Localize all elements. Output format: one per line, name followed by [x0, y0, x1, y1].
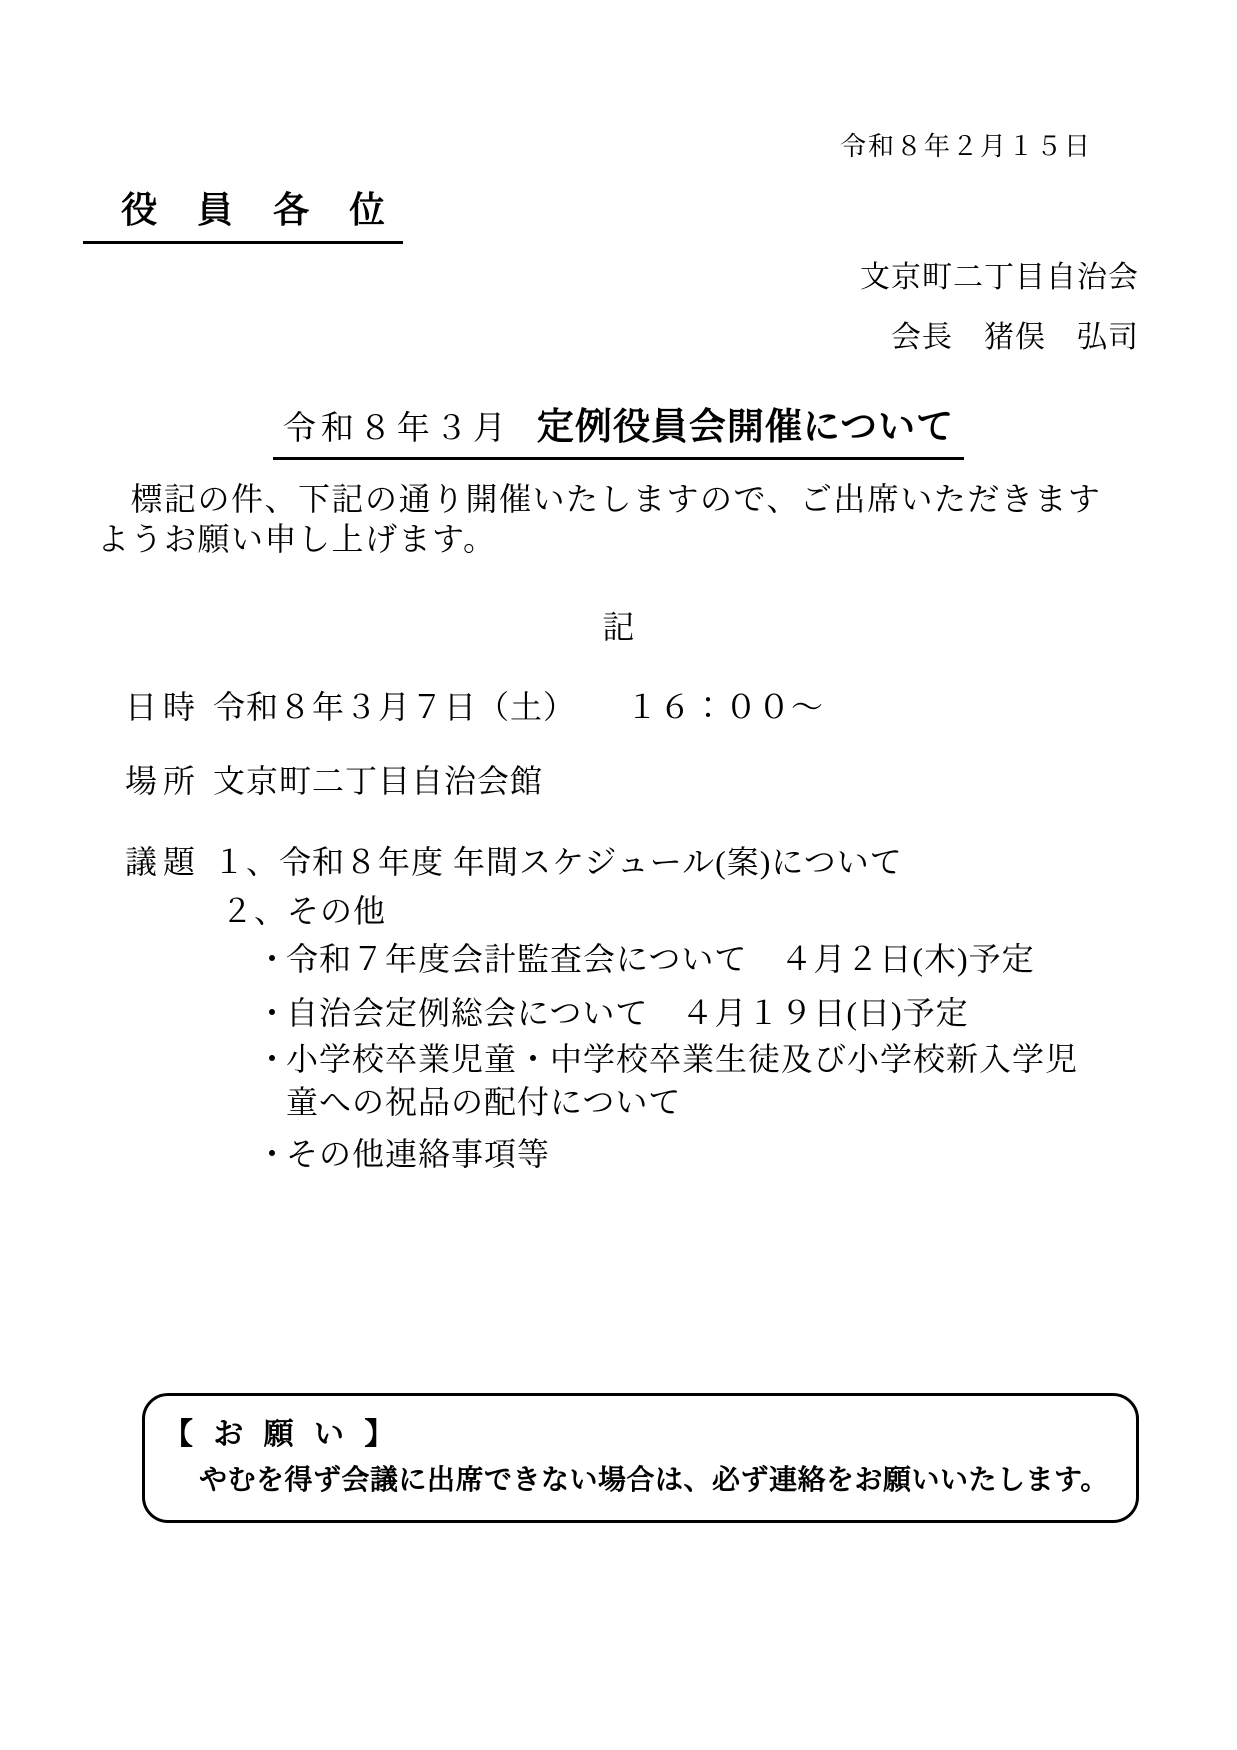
- detail-label: 場所: [125, 756, 201, 802]
- agenda-sub-bullet: ・ 自治会定例総会について ４月１９日(日)予定: [256, 992, 969, 1035]
- sender-person: 会長 猪俣 弘司: [860, 308, 1139, 368]
- record-marker: 記: [0, 602, 1237, 648]
- sender-organization: 文京町二丁目自治会: [860, 248, 1139, 308]
- bullet-text: その他連絡事項等: [286, 1133, 550, 1176]
- bullet-icon: ・: [256, 1133, 286, 1176]
- detail-label: 日時: [125, 682, 201, 728]
- agenda-item-2: ２、その他: [221, 886, 386, 932]
- document-title-underline: 令和８年３月 定例役員会開催について: [273, 396, 964, 460]
- bullet-text: 令和７年度会計監査会について ４月２日(木)予定: [286, 938, 1035, 981]
- detail-value: １、令和８年度 年間スケジュール(案)について: [213, 837, 903, 883]
- sender-block: 文京町二丁目自治会 会長 猪俣 弘司: [860, 248, 1139, 368]
- agenda-sub-bullet: ・ その他連絡事項等: [256, 1133, 550, 1176]
- bullet-icon: ・: [256, 938, 286, 981]
- detail-value: 令和８年３月７日（土） １６：００～: [213, 682, 824, 728]
- body-paragraph-line-2: ようお願い申し上げます。: [97, 514, 496, 560]
- detail-row-place: 場所 文京町二丁目自治会館: [125, 756, 543, 802]
- detail-row-agenda: 議題 １、令和８年度 年間スケジュール(案)について: [125, 837, 903, 883]
- detail-row-datetime: 日時 令和８年３月７日（土） １６：００～: [125, 682, 824, 728]
- notice-heading: 【 お 願 い 】: [163, 1409, 1136, 1453]
- detail-label: 議題: [125, 837, 201, 883]
- document-title: 令和８年３月 定例役員会開催について: [0, 396, 1237, 460]
- issue-date: 令和８年２月１５日: [840, 126, 1092, 163]
- bullet-icon: ・: [256, 1038, 286, 1081]
- bullet-text: 小学校卒業児童・中学校卒業生徒及び小学校新入学児童への祝品の配付について: [286, 1038, 1092, 1124]
- detail-value: 文京町二丁目自治会館: [213, 756, 543, 802]
- notice-box: 【 お 願 い 】 やむを得ず会議に出席できない場合は、必ず連絡をお願いいたしま…: [142, 1393, 1139, 1523]
- agenda-sub-bullet: ・ 小学校卒業児童・中学校卒業生徒及び小学校新入学児童への祝品の配付について: [256, 1038, 1092, 1124]
- notice-text: やむを得ず会議に出席できない場合は、必ず連絡をお願いいたします。: [163, 1458, 1136, 1498]
- bullet-text: 自治会定例総会について ４月１９日(日)予定: [286, 992, 969, 1035]
- title-main-part: 定例役員会開催について: [537, 407, 954, 448]
- bullet-icon: ・: [256, 992, 286, 1035]
- title-date-part: 令和８年３月: [283, 411, 511, 447]
- agenda-sub-bullet: ・ 令和７年度会計監査会について ４月２日(木)予定: [256, 938, 1035, 981]
- recipient-line: 役 員 各 位: [83, 182, 403, 244]
- document-page: 令和８年２月１５日 役 員 各 位 文京町二丁目自治会 会長 猪俣 弘司 令和８…: [0, 0, 1237, 1750]
